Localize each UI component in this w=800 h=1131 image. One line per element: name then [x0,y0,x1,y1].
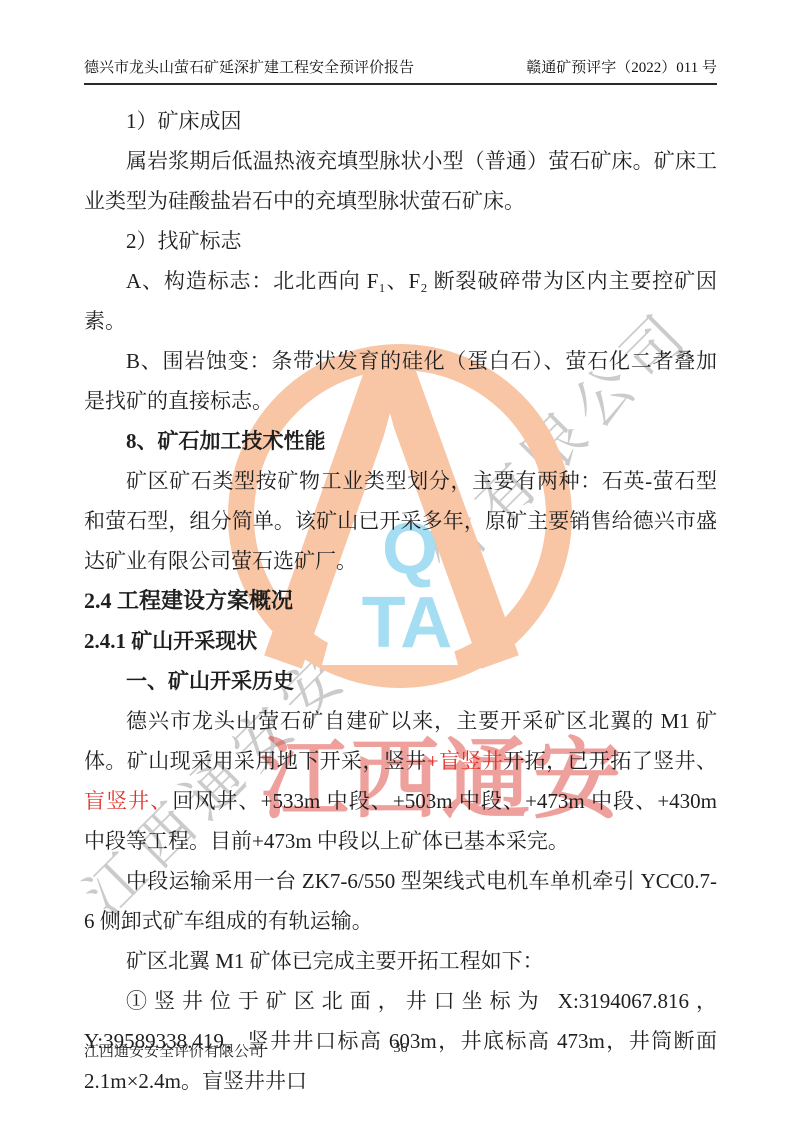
text-run: A、构造标志：北北西向 F₁、F₂ 断裂破碎带为区内主要控矿因素。 [84,269,717,333]
document-body: 1）矿床成因属岩浆期后低温热液充填型脉状小型（普通）萤石矿床。矿床工业类型为硅酸… [84,101,717,1101]
text-run: 2.4 工程建设方案概况 [84,588,293,613]
text-run: 开拓，已开拓了竖井、 [503,749,717,773]
page-footer: 江西通安安全评价有限公司 36 [84,1040,717,1064]
report-page: 江西通安安全评价有限公司 Q TA 江西通安 德兴市龙头山萤石矿延深扩建工程安全… [0,0,800,1131]
paragraph: 属岩浆期后低温热液充填型脉状小型（普通）萤石矿床。矿床工业类型为硅酸盐岩石中的充… [84,141,717,221]
text-run: B、围岩蚀变：条带状发育的硅化（蛋白石）、萤石化二者叠加是找矿的直接标志。 [84,349,717,413]
paragraph: 1）矿床成因 [84,101,717,141]
red-highlighted-text: +盲竖井 [427,749,504,773]
text-run: 8、矿石加工技术性能 [126,429,326,453]
text-run: 2）找矿标志 [126,229,242,253]
paragraph: 中段运输采用一台 ZK7-6/550 型架线式电机车单机牵引 YCC0.7-6 … [84,861,717,941]
paragraph: A、构造标志：北北西向 F₁、F₂ 断裂破碎带为区内主要控矿因素。 [84,261,717,341]
text-run: 矿区北翼 M1 矿体已完成主要开拓工程如下： [126,949,544,973]
footer-page-number: 36 [84,1041,717,1057]
header-report-title: 德兴市龙头山萤石矿延深扩建工程安全预评价报告 [84,56,414,77]
paragraph: 2）找矿标志 [84,221,717,261]
paragraph: B、围岩蚀变：条带状发育的硅化（蛋白石）、萤石化二者叠加是找矿的直接标志。 [84,341,717,421]
text-run: 回风井、+533m 中段、+503m 中段、+473m 中段、+430m 中段等… [84,789,717,853]
section-heading: 一、矿山开采历史 [84,661,717,701]
text-run: 一、矿山开采历史 [126,669,294,693]
paragraph: 德兴市龙头山萤石矿自建矿以来，主要开采矿区北翼的 M1 矿体。矿山现采用采用地下… [84,701,717,861]
section-heading: 8、矿石加工技术性能 [84,421,717,461]
header-divider [84,83,717,85]
page-header: 德兴市龙头山萤石矿延深扩建工程安全预评价报告 赣通矿预评字（2022）011 号 [84,56,717,77]
section-heading: 2.4 工程建设方案概况 [84,581,717,621]
paragraph: 矿区北翼 M1 矿体已完成主要开拓工程如下： [84,941,717,981]
text-run: 中段运输采用一台 ZK7-6/550 型架线式电机车单机牵引 YCC0.7-6 … [84,869,717,933]
text-run: 矿区矿石类型按矿物工业类型划分，主要有两种：石英-萤石型和萤石型，组分简单。该矿… [84,469,717,573]
text-run: 属岩浆期后低温热液充填型脉状小型（普通）萤石矿床。矿床工业类型为硅酸盐岩石中的充… [84,149,717,213]
text-run: 1）矿床成因 [126,109,242,133]
red-highlighted-text: 盲竖井、 [84,789,172,813]
text-run: 2.4.1 矿山开采现状 [84,629,257,653]
content-layer: 德兴市龙头山萤石矿延深扩建工程安全预评价报告 赣通矿预评字（2022）011 号… [0,0,800,1131]
section-heading: 2.4.1 矿山开采现状 [84,621,717,661]
header-document-number: 赣通矿预评字（2022）011 号 [526,56,717,77]
paragraph: 矿区矿石类型按矿物工业类型划分，主要有两种：石英-萤石型和萤石型，组分简单。该矿… [84,461,717,581]
